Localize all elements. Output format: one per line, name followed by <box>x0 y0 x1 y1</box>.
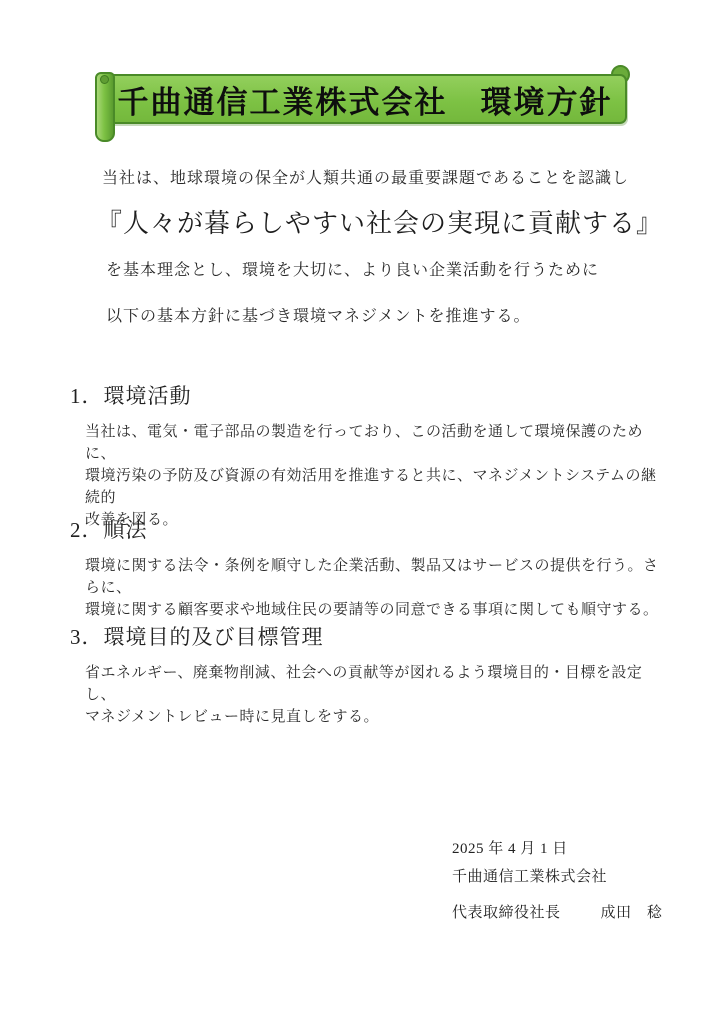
section-1-heading: 1．環境活動 <box>70 380 670 410</box>
section-1-line-2: 環境汚染の予防及び資源の有効活用を推進すると共に、マネジメントシステムの継続的 <box>85 465 670 509</box>
section-2-heading: 2．順法 <box>70 514 670 544</box>
date-line: 2025 年 4 月 1 日 <box>452 837 663 858</box>
section-objectives-targets: 3．環境目的及び目標管理 省エネルギー、廃棄物削減、社会への貢献等が図れるよう環… <box>70 621 670 728</box>
section-1-line-1: 当社は、電気・電子部品の製造を行っており、この活動を通して環境保護のために、 <box>85 421 670 465</box>
philosophy-quote: 『人々が暮らしやすい社会の実現に貢献する』 <box>96 203 663 240</box>
section-2-line-2: 環境に関する顧客要求や地域住民の要請等の同意できる事項に関しても順守する。 <box>85 599 670 621</box>
section-2-body: 環境に関する法令・条例を順守した企業活動、製品又はサービスの提供を行う。さらに、… <box>85 555 670 621</box>
section-3-heading: 3．環境目的及び目標管理 <box>70 621 670 651</box>
intro-line-2: を基本理念とし、環境を大切に、より良い企業活動を行うために <box>106 257 599 280</box>
document-page: 千曲通信工業株式会社 環境方針 当社は、地球環境の保全が人類共通の最重要課題であ… <box>0 0 724 1024</box>
section-2-line-1: 環境に関する法令・条例を順守した企業活動、製品又はサービスの提供を行う。さらに、 <box>85 555 670 599</box>
company-line: 千曲通信工業株式会社 <box>452 865 663 886</box>
section-3-line-2: マネジメントレビュー時に見直しをする。 <box>85 706 670 728</box>
signature-line: 代表取締役社長成田 稔 <box>452 901 663 922</box>
signature-block: 2025 年 4 月 1 日 千曲通信工業株式会社 代表取締役社長成田 稔 <box>452 837 663 929</box>
section-3-line-1: 省エネルギー、廃棄物削減、社会への貢献等が図れるよう環境目的・目標を設定し、 <box>85 662 670 706</box>
scroll-roll-curl-icon <box>100 75 109 84</box>
intro-line-3: 以下の基本方針に基づき環境マネジメントを推進する。 <box>106 303 531 326</box>
document-title: 千曲通信工業株式会社 環境方針 <box>118 77 613 122</box>
title-banner: 千曲通信工業株式会社 環境方針 <box>95 60 635 142</box>
section-environmental-activity: 1．環境活動 当社は、電気・電子部品の製造を行っており、この活動を通して環境保護… <box>70 380 670 531</box>
section-3-body: 省エネルギー、廃棄物削減、社会への貢献等が図れるよう環境目的・目標を設定し、 マ… <box>85 662 670 728</box>
scroll-left-roll-icon <box>95 72 115 142</box>
signature-name: 成田 稔 <box>601 905 663 921</box>
section-compliance: 2．順法 環境に関する法令・条例を順守した企業活動、製品又はサービスの提供を行う… <box>70 514 670 621</box>
banner-band: 千曲通信工業株式会社 環境方針 <box>103 74 627 124</box>
signature-title: 代表取締役社長 <box>452 905 561 921</box>
intro-line-1: 当社は、地球環境の保全が人類共通の最重要課題であることを認識し <box>102 165 629 188</box>
